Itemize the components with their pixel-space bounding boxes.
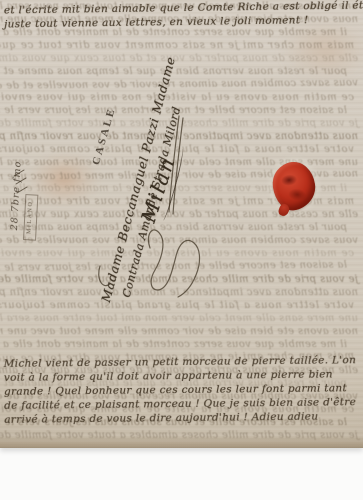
bleed-row: je vous prie de dire mille choses aimabl… [0, 273, 363, 286]
bleed-row: vous savez combien nous aimons recevoir … [0, 234, 363, 247]
bleed-row: elle ne cesse de nous parler de vous et … [0, 52, 363, 65]
bottom-ink-block: Michel vient de passer un petit morceau … [4, 353, 362, 427]
letter-paper: une mere sans alle ment cela vere mon am… [0, 0, 363, 448]
bleed-row: je vous prie de dire mille choses aimabl… [0, 117, 363, 130]
bleed-row: mais mon cher ami je ne sais comment vou… [0, 39, 363, 52]
docket-stamp: MILANO [23, 194, 38, 241]
bleed-row: pour le reste nous verrons bien ce que l… [0, 221, 363, 234]
paper-bottom-edge [0, 436, 363, 448]
bleed-row: nous attendons avec impatience le moment… [0, 286, 363, 299]
bleed-row: nous attendons avec impatience le moment… [0, 130, 363, 143]
letter-scan: une mere sans alle ment cela vere mon am… [0, 0, 363, 500]
bleed-row: nous avons ete bien aise de voir comme e… [0, 325, 363, 338]
top-ink-block: et l'écrite mit bien aimable que le Comt… [4, 0, 361, 31]
bleed-row: une mere sans alle ment cela vere mon am… [0, 312, 363, 325]
bleed-row: votre lettre nous a fait le plus grand p… [0, 299, 363, 312]
